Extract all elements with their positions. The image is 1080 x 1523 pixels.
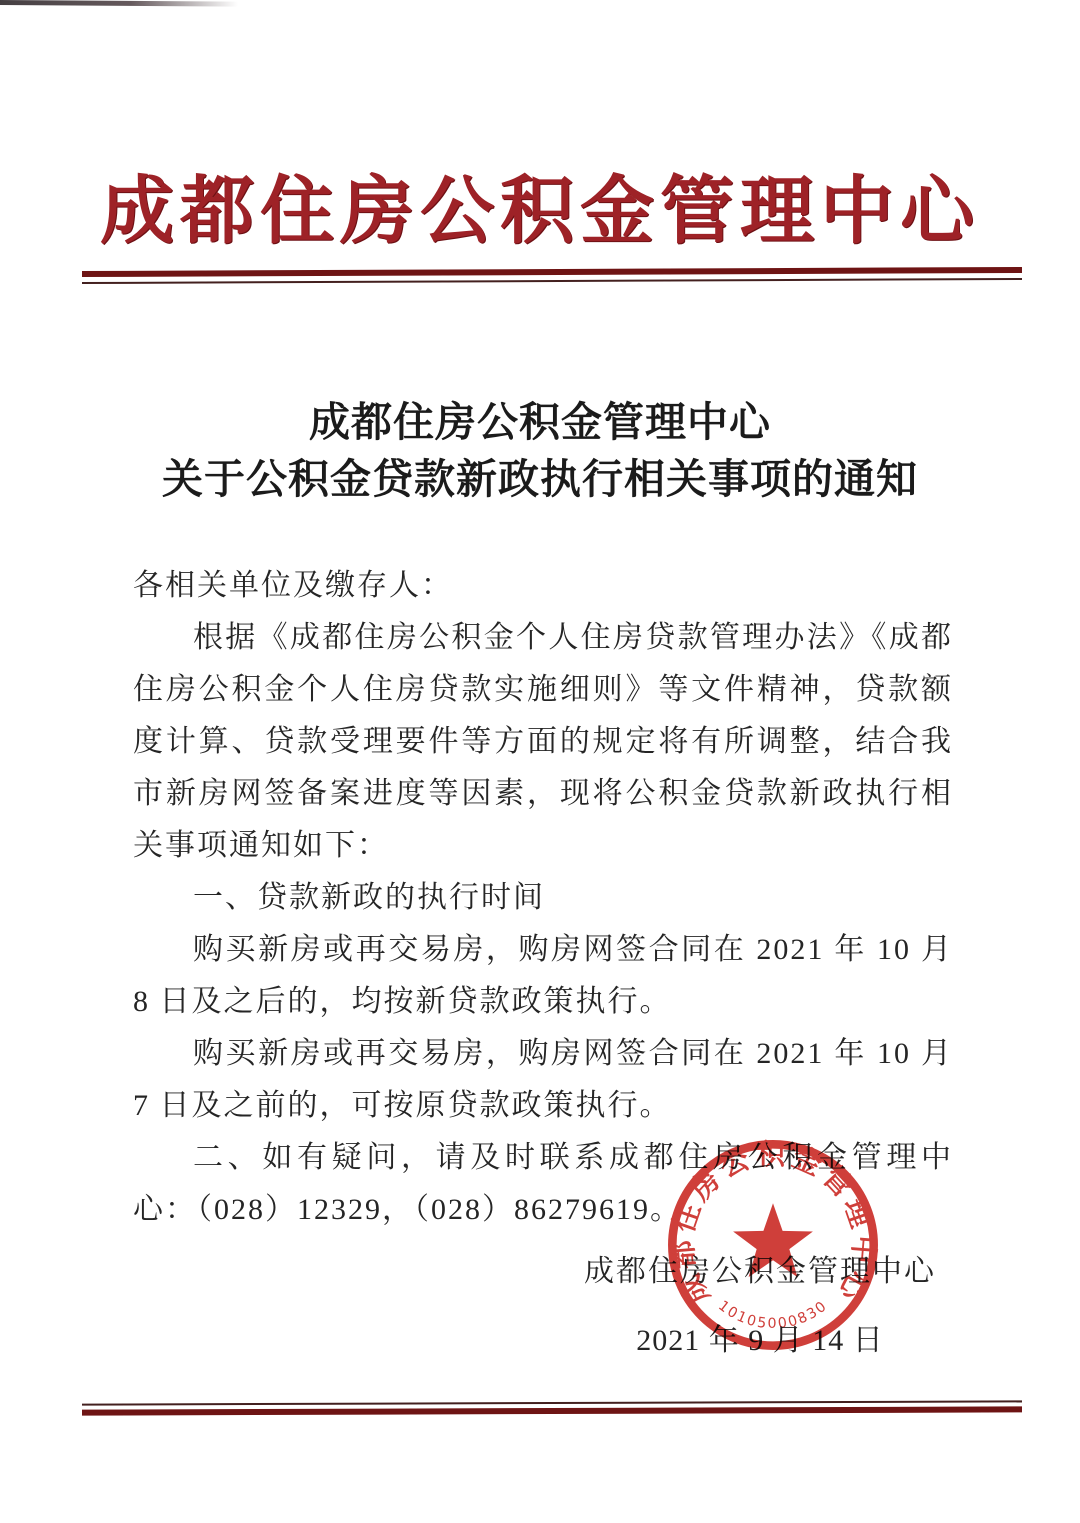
header-divider-thin-line: [82, 278, 1022, 284]
paragraph-new-policy: 购买新房或再交易房，购房网签合同在 2021 年 10 月 8 日及之后的，均按…: [133, 924, 953, 1028]
scan-artifact: [0, 0, 238, 7]
document-title-line1: 成都住房公积金管理中心: [0, 394, 1080, 451]
document-title-line2: 关于公积金贷款新政执行相关事项的通知: [0, 451, 1080, 508]
footer-divider-thick-line: [82, 1406, 1022, 1415]
paragraph-old-policy: 购买新房或再交易房，购房网签合同在 2021 年 10 月 7 日及之前的，可按…: [133, 1028, 953, 1132]
official-seal: 成都住房公积金管理中心 5101050008308: [659, 1131, 887, 1359]
seal-star-icon: [733, 1203, 813, 1277]
document-page: 成都住房公积金管理中心 成都住房公积金管理中心 关于公积金贷款新政执行相关事项的…: [0, 0, 1080, 1523]
paragraph-basis: 根据《成都住房公积金个人住房贷款管理办法》《成都住房公积金个人住房贷款实施细则》…: [133, 612, 953, 872]
salutation: 各相关单位及缴存人：: [133, 560, 953, 612]
footer-divider-thin-line: [82, 1400, 1022, 1405]
header-divider: [82, 269, 1022, 282]
header-divider-thick-line: [82, 267, 1022, 277]
letterhead-title: 成都住房公积金管理中心: [0, 152, 1080, 258]
footer-divider: [82, 1402, 1022, 1414]
document-title: 成都住房公积金管理中心 关于公积金贷款新政执行相关事项的通知: [0, 394, 1080, 508]
paragraph-section-1-heading: 一、贷款新政的执行时间: [133, 872, 953, 924]
